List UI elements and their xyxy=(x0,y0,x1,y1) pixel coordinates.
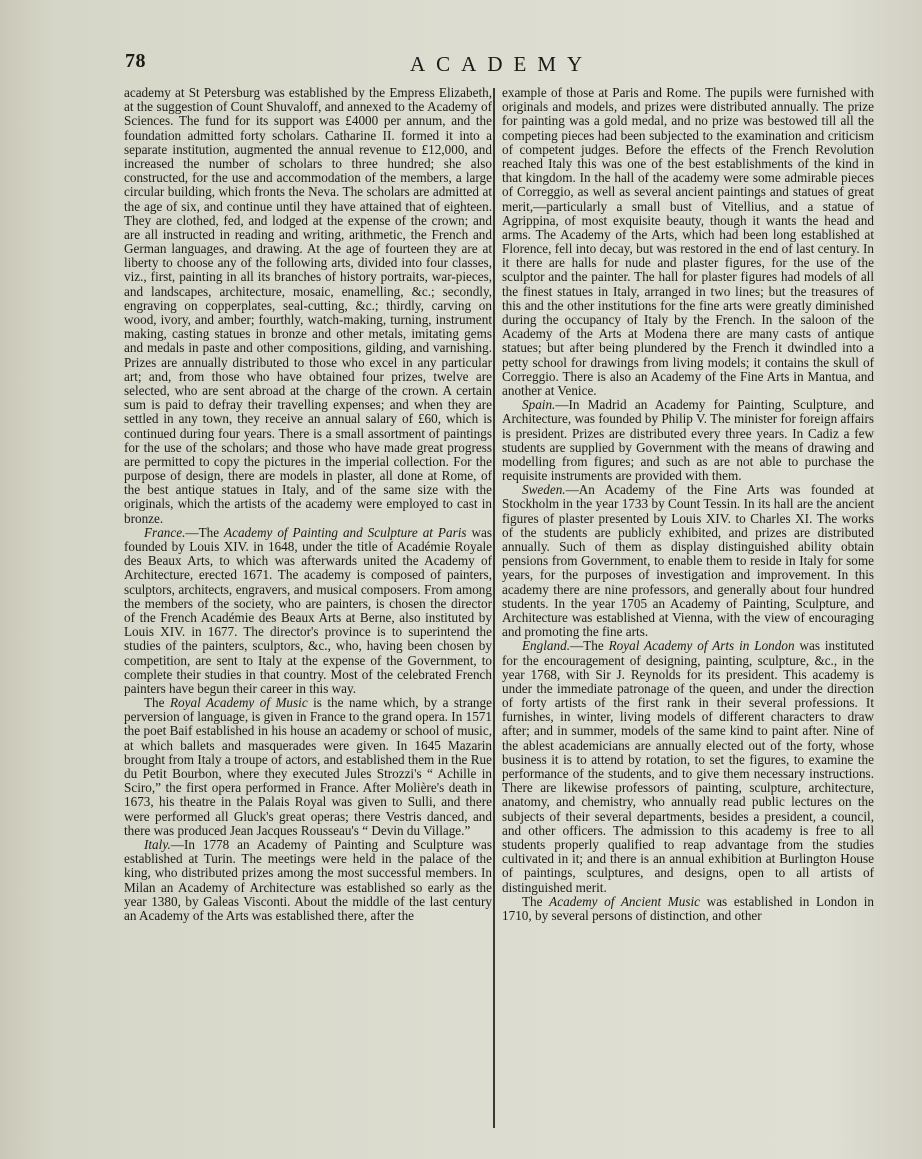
right-column: example of those at Paris and Rome. The … xyxy=(502,86,874,923)
paragraph-italy-continued: example of those at Paris and Rome. The … xyxy=(502,86,874,398)
paragraph-text: —In Madrid an Academy for Painting, Scul… xyxy=(502,397,874,483)
lead-text: —The xyxy=(570,638,609,653)
paragraph-text: —An Academy of the Fine Arts was founded… xyxy=(502,482,874,639)
paragraph-sweden: Sweden.—An Academy of the Fine Arts was … xyxy=(502,483,874,639)
paragraph-text: was founded by Louis XIV. in 1648, under… xyxy=(124,525,492,696)
paragraph-text: example of those at Paris and Rome. The … xyxy=(502,85,874,398)
paragraph-italy: Italy.—In 1778 an Academy of Painting an… xyxy=(124,838,492,923)
section-lead: England. xyxy=(522,638,570,653)
running-head: ACADEMY xyxy=(410,52,593,77)
lead-text: The xyxy=(522,894,549,909)
italic-title: Academy of Painting and Sculpture at Par… xyxy=(224,525,466,540)
italic-title: Academy of Ancient Music xyxy=(549,894,700,909)
lead-text: The xyxy=(144,695,170,710)
section-lead: Sweden. xyxy=(522,482,566,497)
column-divider xyxy=(493,88,495,1128)
paragraph-text: —In 1778 an Academy of Painting and Scul… xyxy=(124,837,492,923)
paragraph-text: is the name which, by a strange perversi… xyxy=(124,695,492,838)
section-lead: Italy. xyxy=(144,837,171,852)
section-lead: France. xyxy=(144,525,185,540)
paragraph-ancient-music: The Academy of Ancient Music was establi… xyxy=(502,895,874,923)
lead-text: —The xyxy=(185,525,224,540)
left-column: academy at St Petersburg was established… xyxy=(124,86,492,923)
paragraph-royal-academy-of-music: The Royal Academy of Music is the name w… xyxy=(124,696,492,838)
paragraph-st-petersburg: academy at St Petersburg was established… xyxy=(124,86,492,526)
paragraph-text: was instituted for the encouragement of … xyxy=(502,638,874,894)
italic-title: Royal Academy of Arts in London xyxy=(609,638,795,653)
italic-title: Royal Academy of Music xyxy=(170,695,308,710)
document-page: 78 ACADEMY academy at St Petersburg was … xyxy=(0,0,922,1159)
paragraph-text: academy at St Petersburg was established… xyxy=(124,85,492,526)
paragraph-france: France.—The Academy of Painting and Scul… xyxy=(124,526,492,696)
page-header: 78 ACADEMY xyxy=(125,50,895,80)
paragraph-spain: Spain.—In Madrid an Academy for Painting… xyxy=(502,398,874,483)
page-number: 78 xyxy=(125,50,146,73)
section-lead: Spain. xyxy=(522,397,555,412)
paragraph-england: England.—The Royal Academy of Arts in Lo… xyxy=(502,639,874,894)
